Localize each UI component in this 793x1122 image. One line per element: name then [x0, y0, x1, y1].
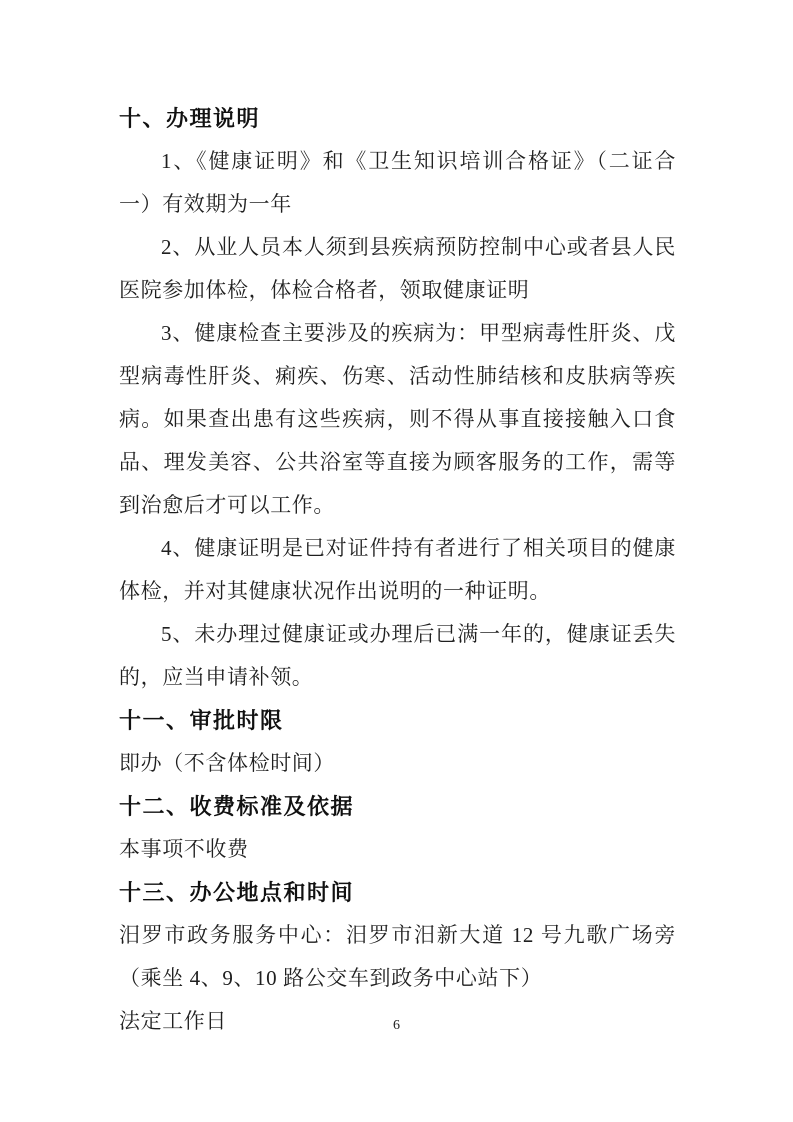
paragraph-note-3: 3、健康检查主要涉及的疾病为：甲型病毒性肝炎、戊型病毒性肝炎、痢疾、伤寒、活动性… — [119, 312, 676, 527]
paragraph-note-1: 1、《健康证明》和《卫生知识培训合格证》（二证合一）有效期为一年 — [119, 140, 676, 226]
paragraph-note-5: 5、未办理过健康证或办理后已满一年的，健康证丢失的，应当申请补领。 — [119, 613, 676, 699]
paragraph-note-4: 4、健康证明是已对证件持有者进行了相关项目的健康体检，并对其健康状况作出说明的一… — [119, 527, 676, 613]
section-heading-fee-standard: 十二、收费标准及依据 — [119, 785, 676, 828]
paragraph-note-2: 2、从业人员本人须到县疾病预防控制中心或者县人民医院参加体检，体检合格者，领取健… — [119, 226, 676, 312]
document-page: 十、办理说明 1、《健康证明》和《卫生知识培训合格证》（二证合一）有效期为一年 … — [0, 0, 793, 1122]
section-heading-office-location: 十三、办公地点和时间 — [119, 871, 676, 914]
page-number: 6 — [0, 1018, 793, 1034]
paragraph-approval-time: 即办（不含体检时间） — [119, 742, 676, 785]
section-heading-processing-notes: 十、办理说明 — [119, 97, 676, 140]
section-heading-approval-time-limit: 十一、审批时限 — [119, 699, 676, 742]
paragraph-office-address: 汨罗市政务服务中心：汨罗市汨新大道 12 号九歌广场旁（乘坐 4、9、10 路公… — [119, 914, 676, 1000]
paragraph-fee: 本事项不收费 — [119, 828, 676, 871]
